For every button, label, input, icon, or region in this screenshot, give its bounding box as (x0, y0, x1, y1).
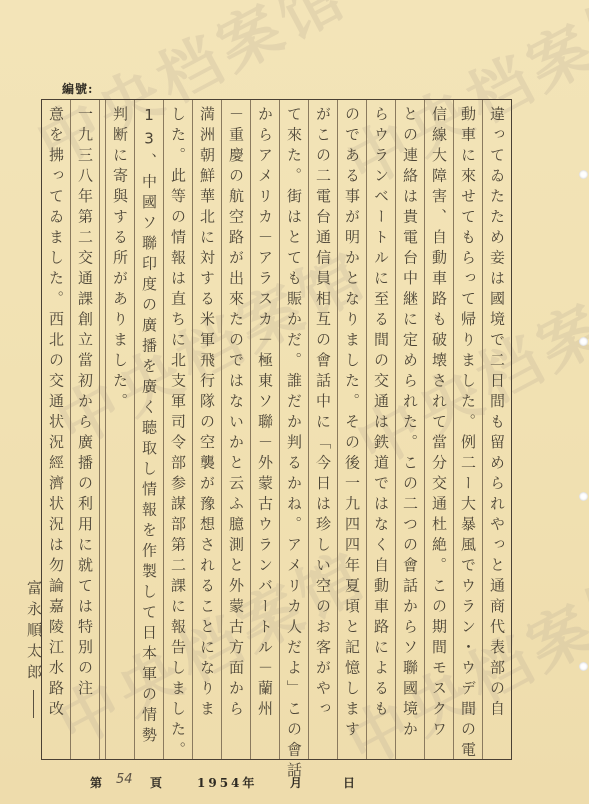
punch-hole (579, 492, 588, 501)
manuscript-column: との連絡は貴電台中継に定められた。この二つの會話からソ聯國境か (395, 100, 424, 759)
page-footer: 第 54 頁 1954年 月 日 (0, 774, 597, 794)
column-text: 信線大障害、自動車路も破壊されて當分交通杜絶。この期間モスクワ (425, 106, 453, 742)
manuscript-column: 信線大障害、自動車路も破壊されて當分交通杜絶。この期間モスクワ (424, 100, 453, 759)
column-text: がこの二電台通信員相互の會話中に「今日は珍しい空のお客がやっ (309, 106, 337, 721)
punch-hole (579, 337, 588, 346)
manuscript-column: がこの二電台通信員相互の會話中に「今日は珍しい空のお客がやっ (308, 100, 337, 759)
column-text: からアメリカ－アラスカ－極東ソ聯－外蒙古ウランバートル－蘭州 (251, 106, 279, 721)
column-text: 一九三八年第二交通課創立當初から廣播の利用に就ては特別の注 (71, 106, 99, 701)
page-number: 54 (116, 772, 133, 787)
manuscript-column: 意を拂ってゐました。西北の交通状況經濟状況は勿論嘉陵江水路改 (42, 100, 70, 759)
page-prefix: 第 (90, 774, 102, 791)
column-text: 意を拂ってゐました。西北の交通状況經濟状況は勿論嘉陵江水路改 (42, 106, 70, 721)
serial-number-label: 編號: (62, 80, 93, 97)
scan-edge (589, 0, 597, 804)
manuscript-column: らウランベートルに至る間の交通は鉄道ではなく自動車路によるも (366, 100, 395, 759)
signature-stroke (33, 690, 34, 718)
manuscript-column: 動車に來せてもらって帰りました。例二ー大暴風でウラン・ウデ間の電 (453, 100, 482, 759)
column-text: 動車に來せてもらって帰りました。例二ー大暴風でウラン・ウデ間の電 (454, 106, 482, 762)
document-page: 中央档案馆 中央档案馆 中央档案馆 中央档案馆 中央档案馆 中央档案馆 編號: … (0, 0, 597, 804)
manuscript-column: 判断に寄與する所がありました。 (105, 100, 134, 759)
manuscript-column: した。此等の情報は直ちに北支軍司令部参謀部第二課に報告しました。 (163, 100, 192, 759)
manuscript-column: －重慶の航空路が出來たのではないかと云ふ臆測と外蒙古方面から (221, 100, 250, 759)
manuscript-grid: 違ってゐたため妾は國境で二日間も留められやっと通商代表部の自動車に來せてもらって… (41, 99, 512, 760)
year: 1954年 (197, 774, 257, 791)
manuscript-column: 違ってゐたため妾は國境で二日間も留められやっと通商代表部の自 (482, 100, 511, 759)
column-text: 違ってゐたため妾は國境で二日間も留められやっと通商代表部の自 (483, 106, 511, 721)
column-text: －重慶の航空路が出來たのではないかと云ふ臆測と外蒙古方面から (222, 106, 250, 721)
manuscript-column: のである事が明かとなりました。その後一九四四年夏頃と記憶します (337, 100, 366, 759)
column-text: のである事が明かとなりました。その後一九四四年夏頃と記憶します (338, 106, 366, 742)
author-signature: 富永順太郎 (24, 580, 45, 685)
page-suffix: 頁 (150, 774, 162, 791)
manuscript-column: て來た。街はとても賑かだ。誰だか判るかね。アメリカ人だよ」この會話 (279, 100, 308, 759)
day: 日 (343, 774, 355, 791)
punch-hole (579, 170, 588, 179)
manuscript-column: 13、中國ソ聯印度の廣播を廣く聴取し情報を作製して日本軍の情勢 (134, 100, 163, 759)
month: 月 (290, 774, 302, 791)
column-text: て來た。街はとても賑かだ。誰だか判るかね。アメリカ人だよ」この會話 (280, 106, 308, 783)
column-text: した。此等の情報は直ちに北支軍司令部参謀部第二課に報告しました。 (164, 106, 192, 762)
column-text: 判断に寄與する所がありました。 (106, 106, 134, 414)
column-text: らウランベートルに至る間の交通は鉄道ではなく自動車路によるも (367, 106, 395, 721)
manuscript-column: 一九三八年第二交通課創立當初から廣播の利用に就ては特別の注 (70, 100, 99, 759)
column-text: 13、中國ソ聯印度の廣播を廣く聴取し情報を作製して日本軍の情勢 (135, 106, 163, 748)
column-text: との連絡は貴電台中継に定められた。この二つの會話からソ聯國境か (396, 106, 424, 742)
column-text: 満洲朝鮮華北に対する米軍飛行隊の空襲が豫想されることになりま (193, 106, 221, 721)
manuscript-column: からアメリカ－アラスカ－極東ソ聯－外蒙古ウランバートル－蘭州 (250, 100, 279, 759)
punch-hole (579, 662, 588, 671)
manuscript-column: 満洲朝鮮華北に対する米軍飛行隊の空襲が豫想されることになりま (192, 100, 221, 759)
